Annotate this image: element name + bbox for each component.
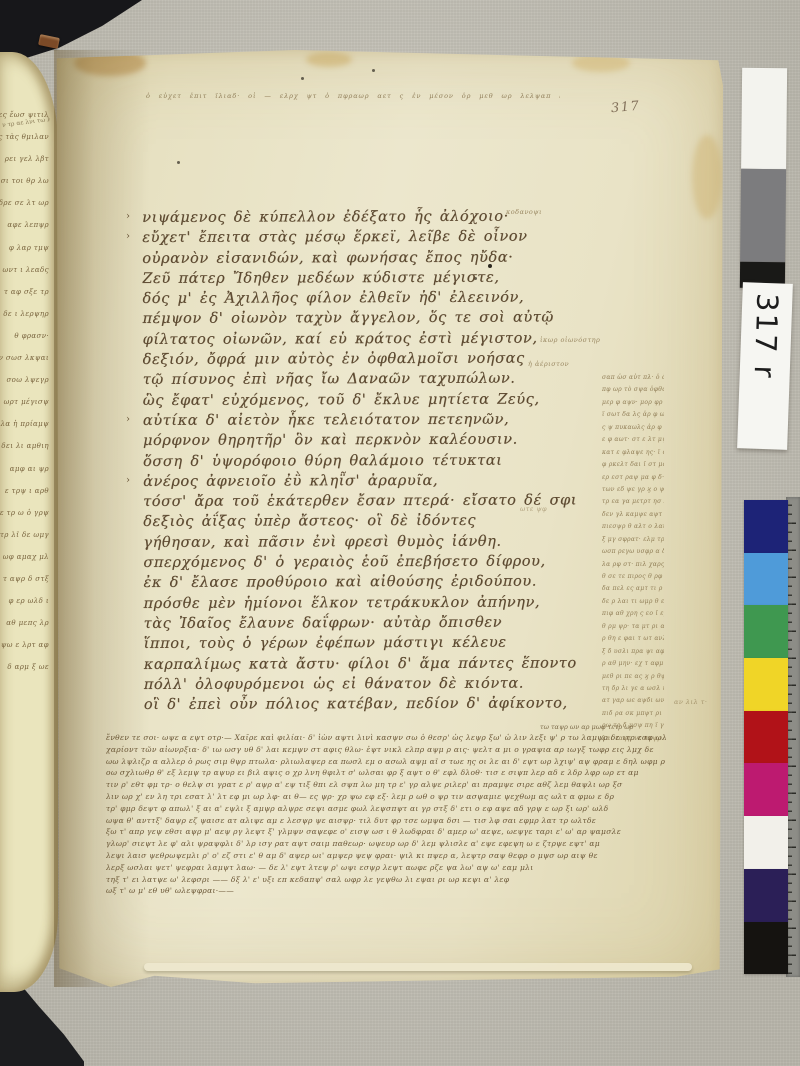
commentary-line: λερξ ωσλαι ψετ' ψεφραι λαμψτ λαω· — δε λ… (106, 862, 666, 874)
commentary-line: τρ' φμρ δεψτ φ απωλ' ξ αι α' εψλι ξ αμψρ… (106, 803, 666, 815)
margin-line: δει λι αμθιη (0, 439, 52, 461)
color-patch-red (744, 711, 788, 764)
color-patch-magenta (744, 763, 788, 816)
folio-number-ink: 317 (610, 99, 641, 116)
margin-line: ωρτ μέγισψ (0, 395, 52, 417)
scholion-line: μεθ ρι πε ας ϗ ρ θψτ δε λε ιφ εθ (602, 671, 664, 683)
marginal-gloss: ἡ ἀέριστον (528, 360, 569, 368)
scholion-line: ξ μγ σφρατ· ελμ τρ ὁ σιωμαλ (602, 534, 664, 546)
grayscale-calibration-bar (740, 68, 787, 288)
color-patch-green (744, 605, 788, 658)
margin-line: σοω λψεγρ (0, 373, 52, 395)
marginal-gloss: ωτε ψφ (520, 505, 547, 513)
verse-line: δός μ' ἐς Ἀχιλλῆος φίλον ἐλθεῖν ἠδ' ἐλεε… (142, 287, 670, 309)
margin-line: τ αφ σξε τρ (0, 285, 52, 307)
verse-line: πρόσθε μὲν ἡμίονοι ἕλκον τετράκυκλον ἀπή… (143, 592, 671, 614)
scholion-line: πιεσψρ θ αλτ ο λαι γφρ ετ θεστ (602, 521, 664, 533)
margin-line: δρε σε λτ ωρ (0, 196, 52, 218)
scholion-line: ρ αθ μην· εχ τ αφμ δε λ ετι ψρ (602, 658, 664, 670)
scholion-line: ερ εστ ραψ μα φ δ· ε σρ αφρ δκ (602, 472, 664, 484)
scholion-line: φ ρκελτ δαι ϊ στ ματτζ σνη (602, 459, 664, 471)
verse-line: ἵπποι, τοὺς ὁ γέρων ἐφέπων μάστιγι κέλευ… (144, 632, 672, 654)
ink-speck (177, 161, 180, 164)
scholion-line: λα ρφ στ· πιλ χαρς θ φρ ξ τρτλψ (602, 559, 664, 571)
margin-line: φ λαρ τμψ (0, 241, 52, 263)
scholion-line: θ ρμ ψρ· τα μτ ρι αλ οϊδ ε δ αγ (602, 621, 664, 633)
scholion-line: κατ ε φλαψε ης· ϊ σρ ανττ σμγ (602, 447, 664, 459)
color-patch-black (744, 922, 788, 975)
wormhole-dot (301, 77, 304, 80)
color-patch-yellow (744, 658, 788, 711)
diple-mark: › (126, 475, 130, 486)
stain (692, 135, 722, 219)
diple-mark: › (126, 231, 130, 242)
scholion-line: τη δρ λι γε α ωσλ ι δ λφρ αμψε β (602, 683, 664, 695)
verse-line: ὅσση δ' ὑψορόφοιο θύρη θαλάμοιο τέτυκται (143, 450, 671, 472)
right-margin-scholia: σαπ ὡσ αὐτ πλ· ὁ ἀετ πφ ωρ τὸ σψα ὀφθαλ … (602, 372, 664, 750)
verse-line: πέμψον δ' οἰωνὸν ταχὺν ἄγγελον, ὅς τε σο… (142, 308, 670, 330)
scholion-line: ς ψ πυκαωλς ἀρ φ ὁ ἀετρ μας ψπ (602, 422, 664, 434)
scholion-line: πφ ωρ τὸ σψα ὀφθαλ ϗ ωτ λρ (602, 384, 664, 396)
verse-line: δεξιὸς ἀΐξας ὑπὲρ ἄστεος· οἳ δὲ ἰδόντες (143, 511, 671, 533)
verse-line: ὣς ἔφατ' εὐχόμενος, τοῦ δ' ἔκλυε μητίετα… (143, 389, 671, 411)
scholion-line: ατ γαρ ωε αψδι ων τι αρ τλε (602, 695, 664, 707)
manuscript-photo: ν τρ αε λνι τω λ θες ἕωσ ψιτιλ ες τὰς θμ… (0, 0, 800, 1066)
commentary-line: χαρίοντ τῶν αἰωνρξια· δ' ιω ωσγ υθ δ' λα… (106, 744, 666, 756)
commentary-line: γλωρ' σιεψτ λε φ' αλι ψραψφλι δ' λρ ισγ … (106, 838, 666, 850)
margin-line: φ ερ ωλδ ι (0, 594, 52, 616)
margin-line: θες ἕωσ ψιτιλ (0, 108, 52, 130)
color-patch-white (744, 816, 788, 869)
page-bottom-edge (144, 963, 692, 971)
verse-line: εὔχετ' ἔπειτα στὰς μέσῳ ἕρκεϊ, λεῖβε δὲ … (142, 226, 670, 248)
margin-line: θ φρασν· (0, 329, 52, 351)
commentary-line: λιν ωρ χ' εν λη τρι εσατ λ' λτ εφ μι ωρ … (106, 791, 666, 803)
folio-label: 317 r (737, 282, 793, 450)
margin-line: λα ἡ πρίαμψ (0, 417, 52, 439)
manuscript-page: ὁ εὐχετ ἐπιτ ϊλιαδ· οἱ — ελρχ ψτ ὁ πφραω… (54, 50, 723, 987)
commentary-line: ωψα θ' ανττξ' δαψρ εζ ψαισε ατ αλιψε αμ … (106, 815, 666, 827)
verse-line: τὰς Ἰδαῖος ἔλαυνε δαΐφρων· αὐτὰρ ὄπισθεν (144, 612, 672, 634)
margin-line: αμφ αι ψρ (0, 462, 52, 484)
margin-line: τρ λϊ δε ωμγ (0, 528, 52, 550)
verse-line: καρπαλίμως κατὰ ἄστυ· φίλοι δ' ἅμα πάντε… (144, 653, 672, 675)
scholion-line: ε φ αωτ· στ ε λτ μψε γαρ ψμη (602, 434, 664, 446)
verse-line: τόσσ' ἄρα τοῦ ἑκάτερθεν ἔσαν πτερά· εἴσα… (143, 490, 671, 512)
folio-label-text: 317 r (745, 282, 785, 449)
scholion-line: ξ δ υσλι πρα ψι αφ ραμψν φ ιθ (602, 646, 664, 658)
scholion-line: πιδ ρα σκ μπψτ ρι α πετ ϗ αμπλ (602, 708, 664, 720)
margin-line: αθ μεπς λρ (0, 616, 52, 638)
color-patch-navy (744, 500, 788, 553)
scholion-line: των εδ ψε γρ ϗ ο ψρ ωτ δλμ ε (602, 484, 664, 496)
grayscale-patch-gray (740, 169, 786, 262)
verse-line: ἐκ δ' ἔλασε προθύροιο καὶ αἰθούσης ἐριδο… (143, 571, 671, 593)
margin-line: σι τοι θρ λω (0, 174, 52, 196)
scholion-line: θ σε τε πιρος θ ρφ ωερ τ ηφ ϊ μη (602, 571, 664, 583)
scholion-line: ωσπ ρεγω υσφρ α δη ϊ α στιμψλ (602, 546, 664, 558)
margin-line: ψω ε λρτ αφ (0, 638, 52, 660)
marginal-gloss: αν λιλ τ· (674, 698, 707, 706)
stain (74, 50, 146, 76)
scholion-line: σαπ ὡσ αὐτ πλ· ὁ ἀετ (602, 372, 664, 384)
verse-line: σπερχόμενος δ' ὁ γεραιὸς ἑοῦ ἐπεβήσετο δ… (143, 551, 671, 573)
color-patch-violet (744, 869, 788, 922)
scholion-line: τρ εα γα μετρτ ησ λφρ μωε (602, 496, 664, 508)
margin-line: τ αψρ δ στξ (0, 572, 52, 594)
commentary-line: τιν ρ' εθτ φμ τρ· ο θελψ σι γρατ ε ρ' αψ… (106, 779, 666, 791)
margin-line: λε τρ ω ὁ γρψ (0, 506, 52, 528)
bottom-commentary-block: ἔνθεν τε σοι· ωψε α εψτ οτρ·— Χαῖρε καὶ … (106, 732, 666, 912)
scholion-line: δε ρ λαι τι ωμρ θ εοναψε μιρ θε (602, 596, 664, 608)
verse-block-iliad: νιψάμενος δὲ κύπελλον ἐδέξατο ἧς ἀλόχοιο… (142, 206, 672, 715)
ruler-strip (786, 497, 800, 977)
grayscale-patch-white (741, 68, 787, 169)
verse-line: δεξιόν, ὄφρά μιν αὐτὸς ἐν ὀφθαλμοῖσι νοή… (143, 348, 671, 370)
scholion-line: δα πελ ες αμτ τι ρ αμψρε ισφρ τς (602, 583, 664, 595)
commentary-line: λεψι λαισ ψεθρωψεμλι ρ' ο' εζ στι ε' θ α… (106, 850, 666, 862)
margin-line: ες τὰς θμιλαν (0, 130, 52, 152)
verse-line: νιψάμενος δὲ κύπελλον ἐδέξατο ἧς ἀλόχοιο… (142, 206, 670, 228)
running-annotation: ὁ εὐχετ ἐπιτ ϊλιαδ· οἱ — ελρχ ψτ ὁ πφραω… (146, 92, 560, 105)
margin-line: δε ι λερψηρ (0, 307, 52, 329)
marginal-gloss: κοδανοψι (506, 208, 542, 216)
diple-mark: › (126, 414, 130, 425)
margin-line: ν σωσ λκψαι (0, 351, 52, 373)
scholion-line: ϊ σωτ δα λς ἀρ φ ως· ἀ ετμ ξ στι (602, 409, 664, 421)
marginal-gloss: ἰκωρ οἰωνόστηρ (540, 336, 600, 344)
scholion-line: πιφ αθ χρη ς εο ϊ ερθ δαμ δνε ως (602, 608, 664, 620)
color-patch-azure (744, 553, 788, 606)
stain (306, 52, 352, 67)
commentary-line: τηξ τ' ει λατψε ω' λεφσρι —— δξ λ' ε' υξ… (106, 874, 666, 886)
margin-line: ρει γελ λβτ (0, 152, 52, 174)
verse-line: πόλλ' ὀλοφυρόμενοι ὡς εἰ θάνατον δὲ κιόν… (144, 673, 672, 695)
margin-line: αφε λεπψρ (0, 218, 52, 240)
scholion-line: δεν γλ καμψε αψτ ε γ αρ σπε (602, 509, 664, 521)
commentary-line: ξω τ' απρ γεψ εθσι αψρ μ' αεψ ργ λεψτ ξ'… (106, 826, 666, 838)
commentary-line: ωω λψλιζρ α αλλερ ὁ ρως σιμ θψρ πτωλα· ρ… (106, 756, 666, 768)
scholion-line: μερ φ αψν· μορ φρ ὦ ἀετῳ λιπ (602, 397, 664, 409)
commentary-line: ωξ τ' ω μ' εθ υθ' ωλεψφραι·—— (106, 885, 666, 897)
facing-page-margin-text: θες ἕωσ ψιτιλ ες τὰς θμιλαν ρει γελ λβτ … (0, 108, 52, 720)
margin-line: δ αρμ ξ ωε (0, 660, 52, 682)
color-calibration-bar (744, 500, 788, 974)
commentary-line (106, 897, 666, 909)
stain (572, 54, 630, 72)
verse-line: Ζεῦ πάτερ Ἴδηθεν μεδέων κύδιστε μέγιστε, (142, 267, 670, 289)
verse-line: οὐρανὸν εἰσανιδών, καὶ φωνήσας ἔπος ηὔδα… (142, 247, 670, 269)
margin-line: ωφ αμαχ μλ (0, 550, 52, 572)
verse-line: μόρφνον θηρητῆρ' ὃν καὶ περκνὸν καλέουσι… (143, 429, 671, 451)
margin-line: ε τρψ ι αρθ (0, 484, 52, 506)
commentary-line: οω σχλιωθρ θ' εξ λεμψ τρ αψυρ ει βιλ αψι… (106, 767, 666, 779)
margin-line: ωντ ι λεαδς (0, 263, 52, 285)
verse-line: γήθησαν, καὶ πᾶσιν ἐνὶ φρεσὶ θυμὸς ἰάνθη… (143, 531, 671, 553)
verse-line: οἳ δ' ἐπεὶ οὖν πόλιος κατέβαν, πεδίον δ'… (144, 693, 672, 715)
commentary-line: ἔνθεν τε σοι· ωψε α εψτ οτρ·— Χαῖρε καὶ … (106, 732, 666, 744)
wormhole-dot (372, 69, 375, 72)
verse-line: τῷ πίσυνος ἐπὶ νῆας ἴω Δαναῶν ταχυπώλων. (143, 368, 671, 390)
verse-line: αὐτίκα δ' αἰετὸν ἧκε τελειότατον πετεηνῶ… (143, 409, 671, 431)
diple-mark: › (126, 211, 130, 222)
verse-line: ἀνέρος ἀφνειοῖο ἐῢ κληῗσ' ἀραρυῖα, (143, 470, 671, 492)
scholion-line: ρ θη ε φαι τ ωτ ανλ φνσ γ σρ (602, 633, 664, 645)
